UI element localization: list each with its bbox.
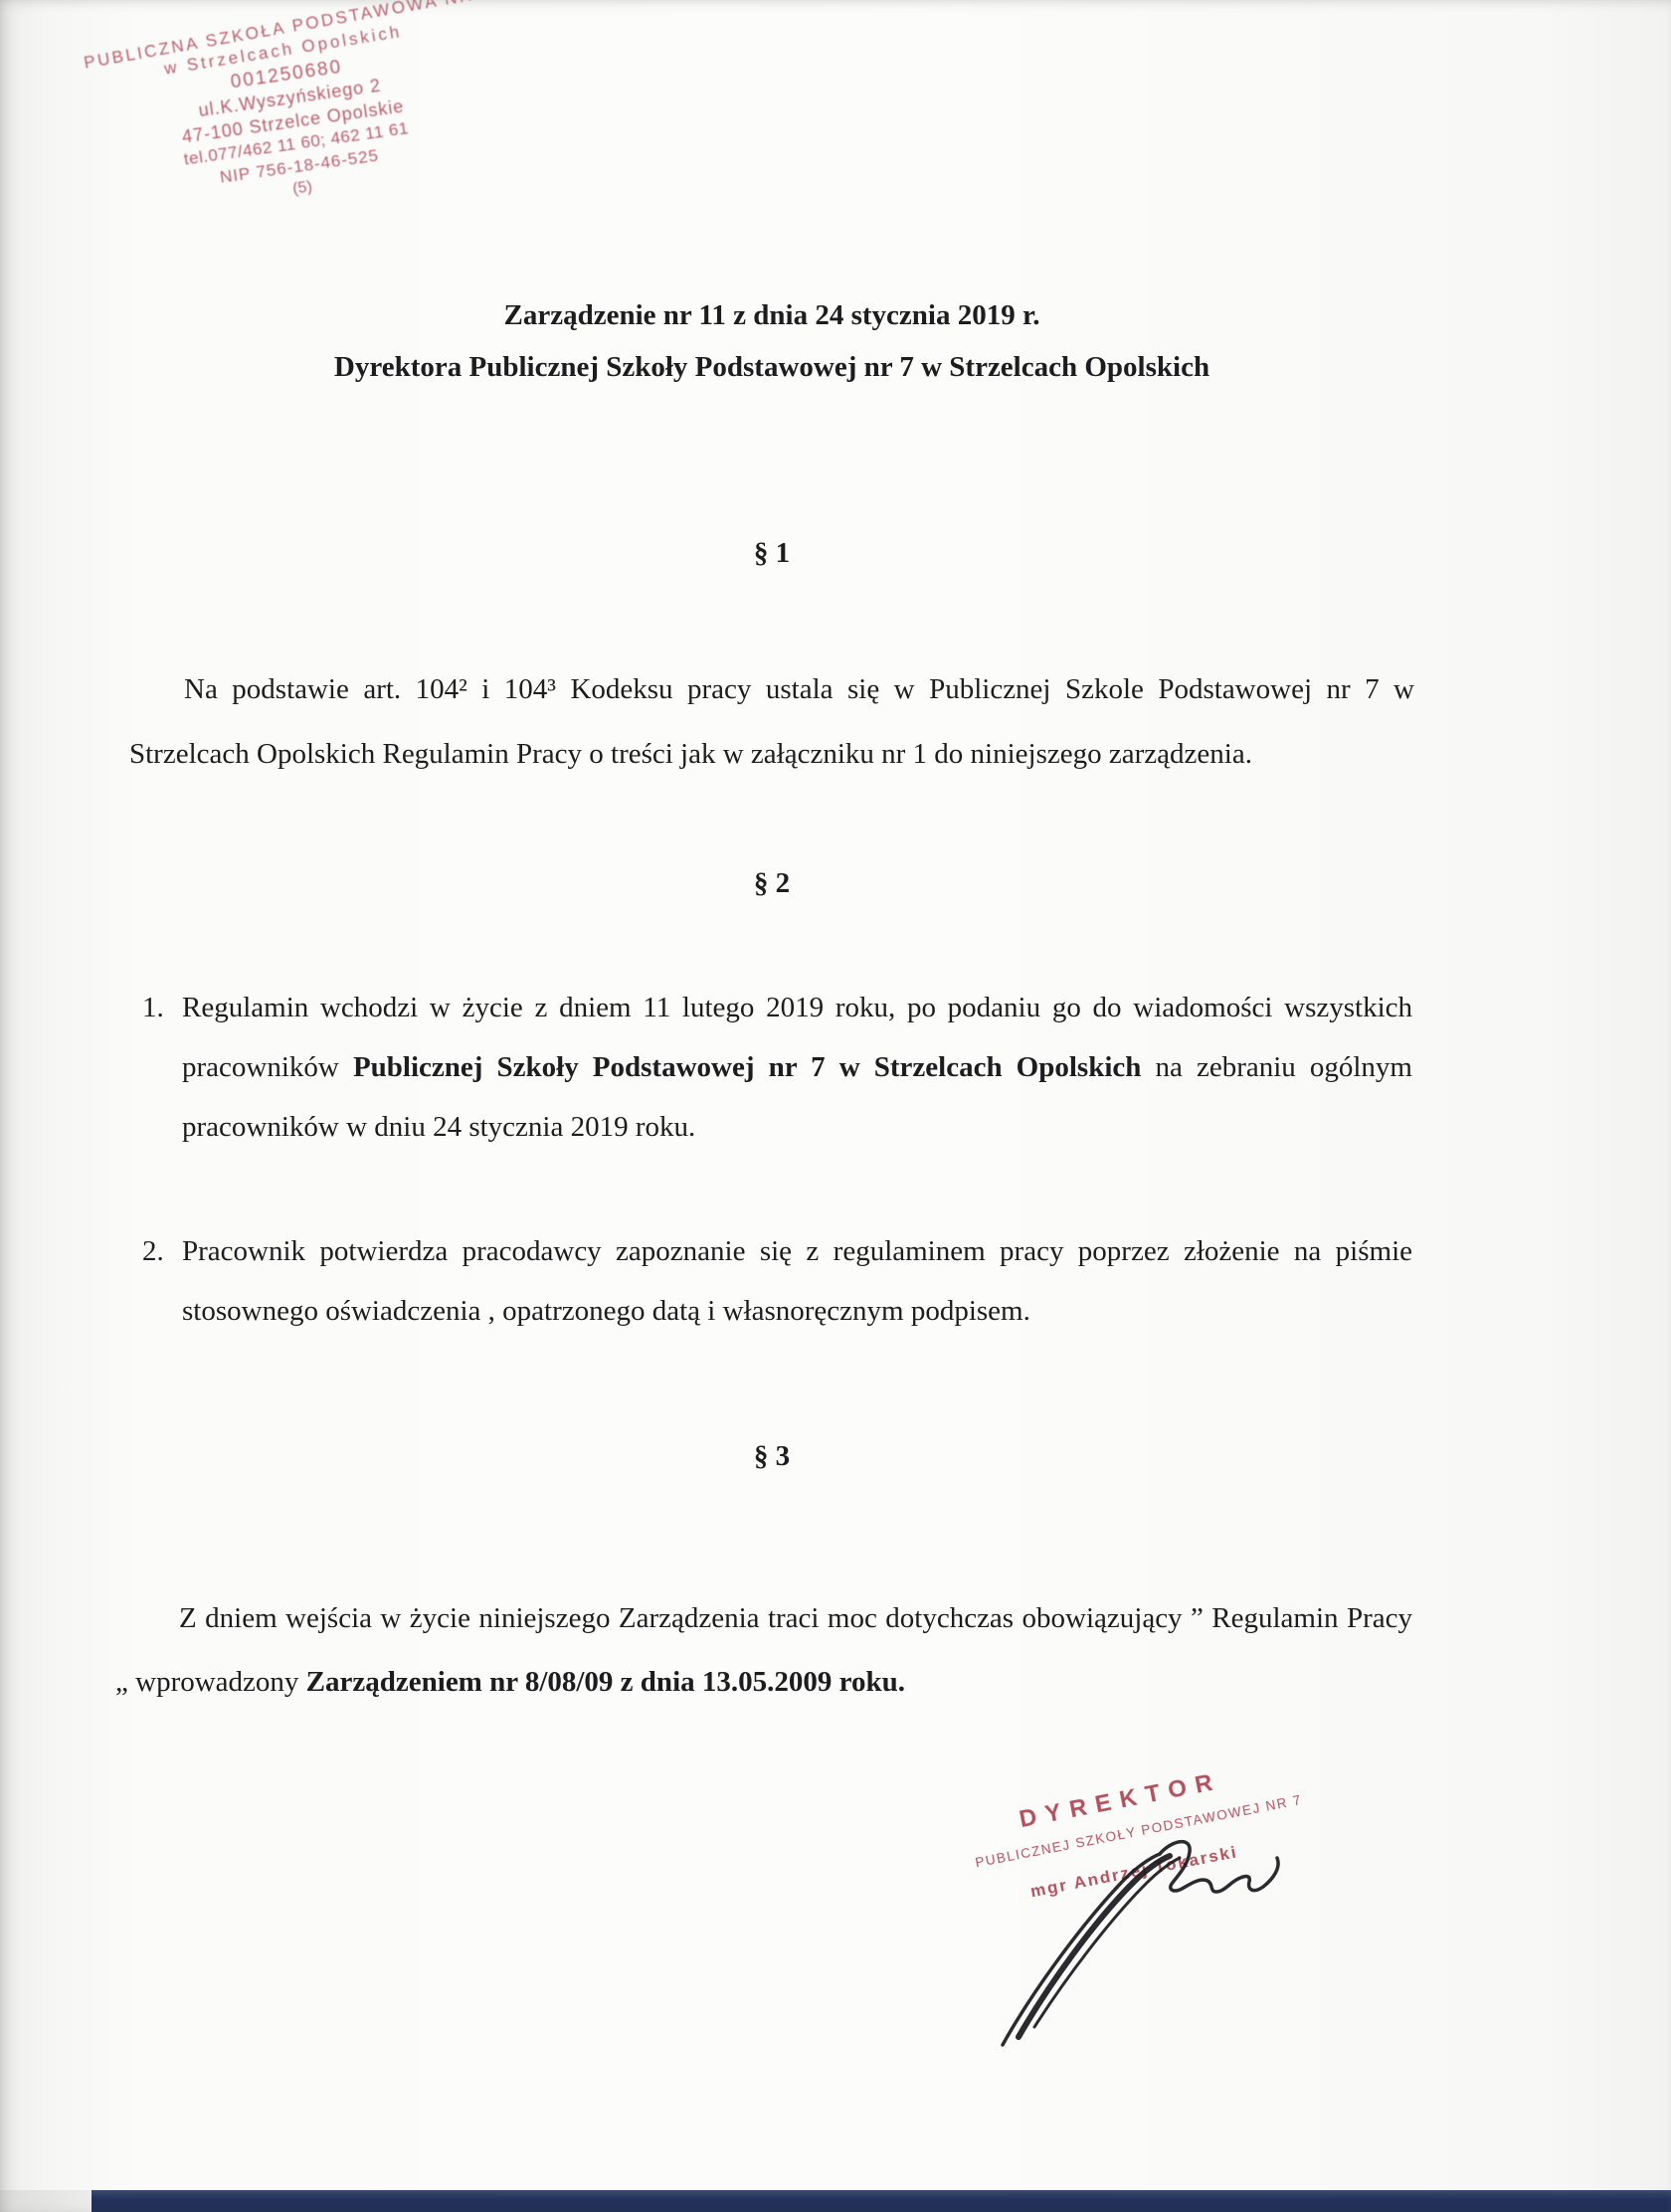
scanned-document-page: PUBLICZNA SZKOŁA PODSTAWOWA NR 7 w Strze… (0, 0, 1671, 2212)
scan-edge-corner (0, 2190, 92, 2212)
list-item: 2.Pracownik potwierdza pracodawcy zapozn… (182, 1221, 1412, 1341)
document-title: Zarządzenie nr 11 z dnia 24 stycznia 201… (129, 298, 1414, 384)
school-header-stamp: PUBLICZNA SZKOŁA PODSTAWOWA NR 7 w Strze… (82, 0, 501, 227)
list-item-number: 2. (142, 1221, 164, 1281)
list-item: 1.Regulamin wchodzi w życie z dniem 11 l… (182, 978, 1412, 1157)
section-3-heading: § 3 (129, 1440, 1414, 1473)
section-2-heading: § 2 (129, 867, 1414, 900)
list-item-bold-text: Publicznej Szkoły Podstawowej nr 7 w Str… (353, 1051, 1141, 1083)
handwritten-signature (975, 1832, 1293, 2051)
title-line-issuer: Dyrektora Publicznej Szkoły Podstawowej … (129, 350, 1414, 384)
scan-edge-bar (92, 2190, 1671, 2212)
section-3-paragraph: Z dniem wejścia w życie niniejszego Zarz… (115, 1586, 1412, 1714)
list-item-text: Pracownik potwierdza pracodawcy zapoznan… (182, 1235, 1412, 1327)
section-1-heading: § 1 (129, 537, 1414, 570)
title-line-ordinance: Zarządzenie nr 11 z dnia 24 stycznia 201… (129, 298, 1414, 332)
section-1-paragraph: Na podstawie art. 104² i 104³ Kodeksu pr… (129, 657, 1414, 787)
section-3-bold-text: Zarządzeniem nr 8/08/09 z dnia 13.05.200… (306, 1666, 905, 1698)
list-item-number: 1. (142, 978, 164, 1037)
